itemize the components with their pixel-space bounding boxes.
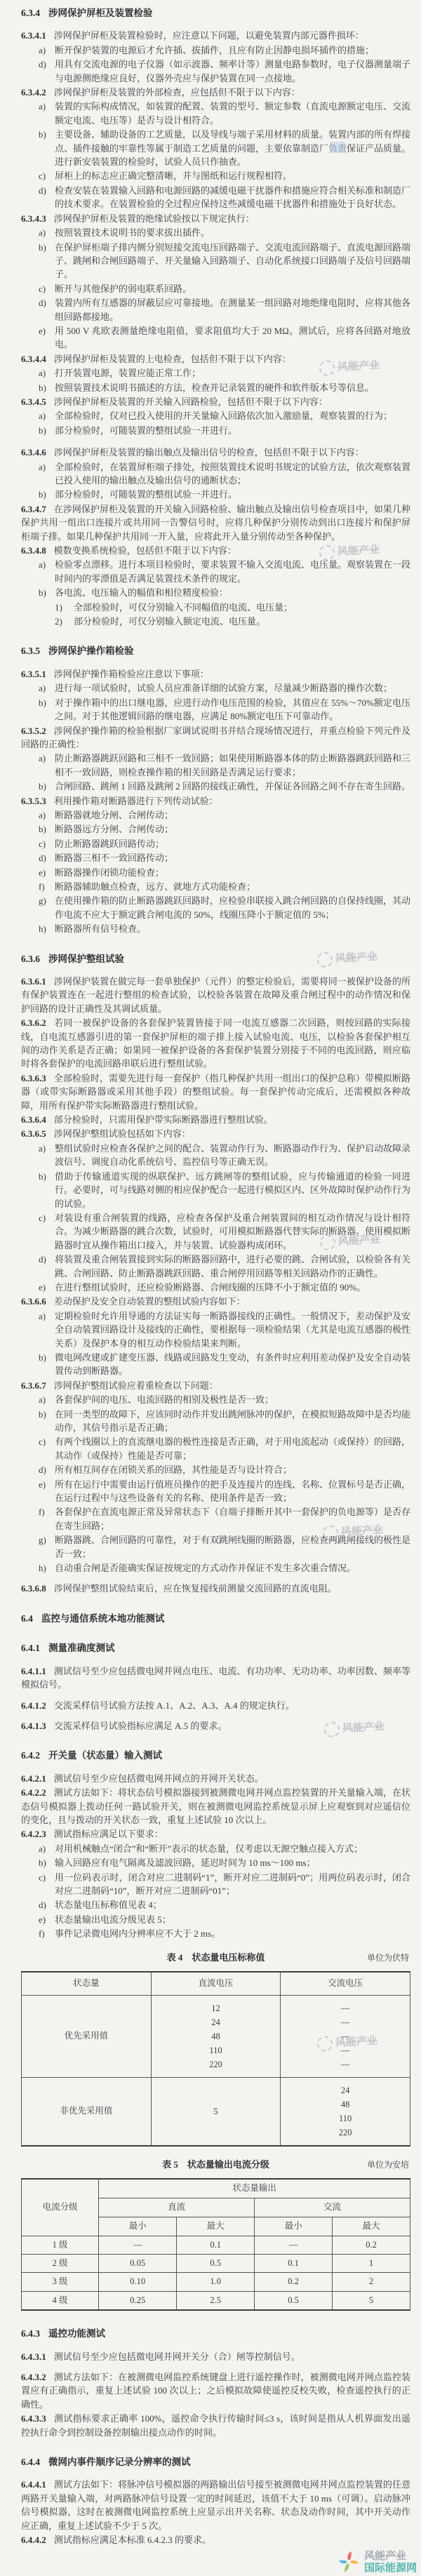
item-label: b) (39, 128, 46, 141)
table-cell: 5 (333, 2291, 410, 2310)
item-text: 装置的实际构成情况，如装置的配置、装置的型号、额定参数（直流电源额定电压、交流额… (55, 101, 410, 125)
clause-paragraph: 6.3.5.2涉网保护操作箱的检验根据厂家调试说明书并结合现场情况进行，并重点检… (21, 724, 410, 752)
table-cell: 4 级 (22, 2291, 99, 2310)
item-text: 断路器跳、合闸回路的可靠性，对于有双跳闸线圈的断路器，应检查两跳闸接线的极性是否… (55, 1535, 410, 1559)
item-label: d) (39, 296, 46, 309)
document-page: 6.3.4涉网保护屏柜及装置检验6.3.4.1涉网保护屏柜及装置检验时，应注意以… (0, 0, 421, 2576)
list-item: a)检验零点漂移。进行本项目检验时，要求装置不输入交流电流、电压量。观察装置在一… (21, 558, 410, 585)
section-title: 开关量（状态量）输入测试 (48, 1750, 162, 1761)
item-label: b) (39, 381, 46, 394)
table-cell: 1 级 (22, 2236, 99, 2254)
list-item: b)合闸回路、跳闸 1 回路及跳闸 2 回路的接线正确性，并保证各回路之间不存在… (21, 780, 410, 793)
clause-number: 6.3.6.6 (21, 1296, 46, 1307)
list-item: a)装置的实际构成情况，如装置的配置、装置的型号、额定参数（直流电源额定电压、交… (21, 100, 410, 127)
list-item: c)断开与其他保护的弱电联系回路。 (21, 282, 410, 295)
table-cell: — (99, 2236, 177, 2254)
clause-text: 测试信号至少应包括微电网并网点电压、电流、有功功率、无功功率、功率因数、频率等模… (21, 1666, 410, 1690)
item-text: 将装置及重合闸装置接到实际的断路器回路中，进行必要的跳、合闸试验，以检验各有关跳… (55, 1254, 410, 1278)
clause-text: 测试信号至少应包括微电网并网点的并网开关状态。 (54, 1773, 264, 1784)
clause-text: 部分检验时，只需用保护带实际断路器进行整组试验。 (54, 1114, 273, 1125)
clause-number: 6.3.6.5 (21, 1128, 46, 1139)
section-number: 6.3.5 (21, 646, 40, 656)
clause-paragraph: 6.3.4.3涉网保护屏柜及装置的绝缘试验按以下规定执行： (21, 212, 410, 225)
item-label: d) (39, 851, 46, 865)
clause-number: 6.4.3.1 (21, 2351, 46, 2362)
list-item: a)定期检验时允许用导通的方法证实每一断路器接线的正确性。一般情况下，差动保护及… (21, 1309, 410, 1350)
item-label: a) (39, 558, 46, 571)
table-row: 优先采用值122448110220————— (22, 1995, 410, 2077)
clause-text: 涉网保护整组试验应着重检查以下问题： (54, 1380, 218, 1391)
section-heading: 6.4.1测量准确度测试 (21, 1641, 410, 1655)
item-text: 部分检验时，可随装置的整组试验一并进行。 (55, 489, 237, 500)
clause-number: 6.3.6.3 (21, 1073, 46, 1083)
item-label: e) (39, 1281, 46, 1294)
table-cell: 优先采用值 (22, 1995, 152, 2077)
item-text: 在使用操作箱的防止断路器跳跃回路时，应检验串联接入跳合闸回路的自保持线圈，其动作… (55, 895, 410, 919)
item-text: 输入回路应有电气隔离及滤波回路，延迟时间为 10 ms～100 ms； (55, 1857, 316, 1868)
item-text: 事件记录微电网内分辨率应不大于 2 ms。 (55, 1928, 220, 1939)
clause-paragraph: 6.4.1.2交流采样信号试验方法按 A.1、A.2、A.3、A.4 的规定执行… (21, 1699, 410, 1712)
item-label: b) (39, 1856, 46, 1869)
item-label: 2) (55, 615, 62, 628)
item-label: e) (39, 324, 46, 338)
item-text: 部分检验时，可随装置的整组试验一并进行。 (55, 425, 237, 436)
item-text: 在保护屏柜端子排内侧分别短接交流电压回路端子、交流电流回路端子、直流电源回路端子… (55, 242, 410, 280)
clause-paragraph: 6.4.1.1测试信号至少应包括微电网并网点电压、电流、有功功率、无功功率、功率… (21, 1664, 410, 1692)
list-item: b)部分检验时，可随装置的整组试验一并进行。 (21, 488, 410, 501)
table-caption-line: 表 4 状态量电压标称值单位为伏特 (21, 1951, 410, 1965)
item-text: 检查安装在装置输入回路和电源回路的减缓电磁干扰器件和措施应符合相关标准和制造厂的… (55, 185, 410, 209)
list-item: a)整组试验时应检查各保护之间的配合、装置动作行为、断路器动作行为、保护启动故障… (21, 1142, 410, 1169)
item-label: d) (39, 1898, 46, 1911)
clause-text: 测试信号至少应包括微电网并网开关分（合）闸等控制信号。 (54, 2351, 300, 2362)
clause-number: 6.3.5.3 (21, 796, 46, 806)
item-label: a) (39, 409, 46, 422)
clause-paragraph: 6.4.1.3交流采样信号试验指标应满足 A.5 的要求。 (21, 1719, 410, 1733)
table-value: — (282, 2043, 408, 2057)
clause-number: 6.3.4.1 (21, 30, 46, 41)
item-text: 所有在运行中需要由运行值班员操作的把手及连接片的连线、名称、位置标号是否正确，在… (55, 1479, 410, 1503)
list-item: e)所有在运行中需要由运行值班员操作的把手及连接片的连线、名称、位置标号是否正确… (21, 1478, 410, 1505)
clause-paragraph: 6.3.6.5涉网保护整组试验包括如下内容： (21, 1127, 410, 1140)
list-item: b)输入回路应有电气隔离及滤波回路，延迟时间为 10 ms～100 ms； (21, 1856, 410, 1869)
table-cell: 2448110220 (281, 2077, 410, 2146)
item-text: 防止断路器跳跃回路和三相不一致回路；如果使用断路器本体的防止断路器跳跃回路和三相… (55, 753, 410, 777)
item-label: a) (39, 681, 46, 695)
status-current-table: 电流分级状态量输出直流交流最小最大最小最大1 级—0.1—0.22 级0.050… (21, 2178, 410, 2311)
list-item: a)进行每一项试验时，试验人员应准备详细的试验方案，尽量减少断路器的操作次数； (21, 681, 410, 695)
item-label: f) (39, 1505, 45, 1519)
clause-paragraph: 6.3.4.2涉网保护屏柜及装置的外部检查，应包括但不限于以下内容： (21, 86, 410, 99)
list-item: d)检查安装在装置输入回路和电源回路的减缓电磁干扰器件和措施应符合相关标准和制造… (21, 184, 410, 211)
table-cell: 2 级 (22, 2255, 99, 2273)
clause-number: 6.3.4.3 (21, 213, 46, 224)
item-text: 用 500 V 兆欧表测量绝缘电阻值，要求阻值均大于 20 MΩ。测试后，应将各… (55, 326, 410, 349)
watermark-site-name: 国际能源网 (364, 2562, 417, 2574)
column-header: 最小 (99, 2217, 177, 2236)
item-label: b) (39, 780, 46, 793)
item-label: a) (39, 1393, 46, 1406)
table-cell: 0.5 (255, 2291, 333, 2310)
clause-paragraph: 6.3.6.7涉网保护整组试验应着重检查以下问题： (21, 1379, 410, 1392)
clause-text: 测试指标应满足以下要求： (54, 1829, 163, 1839)
clause-number: 6.3.6.1 (21, 976, 46, 987)
table-value: 24 (153, 2015, 279, 2029)
list-item: e)在进行整组试验时，还应检验断路器、合闸线圈的压降不小于额定值的 90%。 (21, 1281, 410, 1294)
list-item: b)在同一类型的故障下，应该同时动作并发出跳闸脉冲的保护，在模拟短路故障中是否均… (21, 1408, 410, 1435)
table-4-block: 表 4 状态量电压标称值单位为伏特状态量直流电压交流电压优先采用值1224481… (21, 1951, 410, 2147)
table-cell: 1 (333, 2255, 410, 2273)
clause-text: 涉网保护装置在做完每一套单独保护（元件）的整定检验后，需要将同一被保护设备的所有… (21, 976, 410, 1014)
item-label: a) (39, 1142, 46, 1155)
item-label: c) (39, 1211, 46, 1224)
item-text: 打开装置电源，装置应能正常工作； (55, 368, 201, 378)
clause-paragraph: 6.3.4.8模数变换系统检验，包括但不限于以下内容： (21, 544, 410, 557)
item-label: d) (39, 58, 46, 71)
list-item: d)所有相互间存在闭锁关系的回路，其性能是否与设计符合； (21, 1463, 410, 1476)
clause-number: 6.4.1.2 (21, 1700, 46, 1711)
item-label: h) (39, 1561, 46, 1575)
list-item: d)状态量电压标称值见表 4； (21, 1898, 410, 1911)
list-item: 1)全部检验时，可仅分别输入不同幅值的电流、电压量； (21, 601, 410, 614)
column-header: 直流 (99, 2198, 255, 2217)
clause-number: 6.3.4.8 (21, 545, 46, 556)
clause-number: 6.4.2.1 (21, 1773, 46, 1784)
column-header: 最大 (177, 2217, 255, 2236)
item-label: g) (39, 894, 46, 907)
list-item: d)将装置及重合闸装置接到实际的断路器回路中，进行必要的跳、合闸试验，以检验各有… (21, 1253, 410, 1280)
table-row: 3 级0.101.00.22 (22, 2273, 410, 2291)
clause-number: 6.3.4.2 (21, 87, 46, 98)
item-label: 1) (55, 601, 62, 614)
section-heading: 6.3.5涉网保护操作箱检验 (21, 644, 410, 658)
list-item: 2)部分检验时，可仅分别输入额定电流、电压量。 (21, 615, 410, 628)
clause-number: 6.3.4.4 (21, 354, 46, 364)
status-voltage-table: 状态量直流电压交流电压优先采用值122448110220—————非优先采用值5… (21, 1971, 410, 2147)
item-text: 在进行整组试验时，还应检验断路器、合闸线圈的压降不小于额定值的 90%。 (55, 1282, 366, 1293)
item-text: 全部检验时，在装置屏柜端子排处，按照装置技术说明书规定的试验方法，依次观察装置已… (55, 462, 410, 486)
item-label: c) (39, 169, 46, 182)
item-label: a) (39, 1309, 46, 1323)
table-5-block: 表 5 状态量输出电流分级单位为安培电流分级状态量输出直流交流最小最大最小最大1… (21, 2158, 410, 2311)
item-label: c) (39, 282, 46, 295)
clause-paragraph: 6.4.3.1测试信号至少应包括微电网并网开关分（合）闸等控制信号。 (21, 2350, 410, 2363)
table-cell: 5 (151, 2077, 281, 2146)
clause-text: 涉网保护操作箱的检验根据厂家调试说明书并结合现场情况进行，并重点检验下列元件及回… (21, 726, 410, 749)
table-value: 48 (153, 2029, 279, 2043)
clause-paragraph: 6.3.6.3全部检验时，需要先进行每一套保护（指几种保护共用一组出口的保护总称… (21, 1072, 410, 1112)
table-cell: 2.5 (177, 2291, 255, 2310)
item-text: 状态量输出电流分级见表 5； (55, 1914, 171, 1925)
column-header: 电流分级 (22, 2179, 99, 2236)
list-item: a)全部检验时，在装置屏柜端子排处，按照装置技术说明书规定的试验方法，依次观察装… (21, 460, 410, 488)
item-text: 全部检验时，可仅分别输入不同幅值的电流、电压量； (74, 602, 293, 613)
item-text: 定期检验时允许用导通的方法证实每一断路器接线的正确性。一般情况下，差动保护及安全… (55, 1311, 410, 1349)
pinwheel-icon (336, 2549, 361, 2575)
item-label: c) (39, 837, 46, 850)
clause-text: 测试指标要求正确率 100%，遥控命令执行传输时间≤3 s，该时间是指从人机界面… (21, 2413, 410, 2437)
section-title: 测量准确度测试 (48, 1643, 115, 1653)
clause-number: 6.3.6.2 (21, 1017, 46, 1028)
list-item: d)用具有交流电源的电子仪器（如示波器、频率计等）测量电路参数时，电子仪器测量端… (21, 58, 410, 85)
section-title: 涉网保护整组试验 (48, 954, 124, 964)
clause-paragraph: 6.4.4.1测试方法如下：将脉冲信号模拟器的两路输出信号接至被测微电网并网点监… (21, 2478, 410, 2532)
item-label: e) (39, 1478, 46, 1491)
item-label: a) (39, 752, 46, 765)
item-text: 进行每一项试验时，试验人员应准备详细的试验方案，尽量减少断路器的操作次数； (55, 683, 392, 693)
list-item: c)用一位码表示时，闭合对应二进制码“1”，断开对应二进制码“0”；用两位码表示… (21, 1871, 410, 1898)
list-item: c)对装设有重合闸装置的线路，应检查各保护及重合闸装置间的相互动作情况与设计相符… (21, 1211, 410, 1252)
clause-paragraph: 6.3.4.5涉网保护屏柜及装置的开关输入回路检验，包括但不限于以下内容： (21, 395, 410, 408)
item-label: b) (39, 1170, 46, 1183)
table-value: — (282, 2015, 408, 2029)
item-text: 断路器三相不一致回路传动； (55, 853, 173, 863)
table-unit-label: 单位为伏特 (367, 1951, 409, 1965)
clause-text: 测试指标应满足本标准 6.4.2.3 的要求。 (54, 2535, 211, 2545)
table-row: 非优先采用值52448110220 (22, 2077, 410, 2146)
column-header: 最小 (255, 2217, 333, 2236)
item-label: h) (39, 922, 46, 935)
clause-paragraph: 6.4.2.2测试方法如下：将状态信号模拟器接到被测微电网并网点监控装置的开关量… (21, 1786, 410, 1827)
clause-text: 在涉网保护屏柜及装置的开关输入回路检验、输出触点及输出信号检查项目中，如果几种保… (21, 504, 410, 542)
table-cell: 0.1 (177, 2236, 255, 2254)
list-item: a)按照装置技术说明书的要求拔出插件。 (21, 226, 410, 239)
clause-text: 交流采样信号试验方法按 A.1、A.2、A.3、A.4 的规定执行。 (54, 1700, 295, 1711)
section-heading: 6.4.2开关量（状态量）输入测试 (21, 1749, 410, 1762)
item-label: a) (39, 44, 46, 57)
clause-text: 测试方法如下：将脉冲信号模拟器的两路输出信号接至被测微电网并网点监控装置的任意两… (21, 2479, 410, 2530)
clause-number: 6.3.6.4 (21, 1114, 46, 1125)
clause-number: 6.3.6.8 (21, 1583, 46, 1594)
column-header: 交流电压 (281, 1972, 410, 1996)
item-text: 用一位码表示时，闭合对应二进制码“1”，断开对应二进制码“0”；用两位码表示时，… (55, 1872, 410, 1896)
table-value: 110 (153, 2043, 279, 2057)
item-label: e) (39, 1913, 46, 1926)
table-value: 12 (153, 2001, 279, 2015)
list-item: b)按照装置技术说明书描述的方法，检查并记录装置的硬件和软件版本号等信息。 (21, 381, 410, 394)
list-item: c)防止断路器跳跃回路传动； (21, 837, 410, 850)
table-cell: 0.25 (99, 2291, 177, 2310)
table-row: 4 级0.252.50.55 (22, 2291, 410, 2310)
clause-paragraph: 6.4.3.2测试方法如下：在被测微电网监控系统键盘上进行遥控操作时，被测微电网… (21, 2370, 410, 2411)
table-cell: — (255, 2236, 333, 2254)
item-text: 用具有交流电源的电子仪器（如示波器、频率计等）测量电路参数时，电子仪器测量端子与… (55, 59, 410, 83)
table-value: — (282, 2001, 408, 2015)
clause-paragraph: 6.3.5.1涉网保护操作箱检验应注意以下事项： (21, 667, 410, 681)
item-label: c) (39, 1871, 46, 1884)
clause-number: 6.4.3.3 (21, 2413, 46, 2424)
item-text: 状态量电压标称值见表 4； (55, 1900, 162, 1910)
table-caption: 表 5 状态量输出电流分级 (162, 2159, 269, 2170)
clause-number: 6.4.2.2 (21, 1787, 46, 1798)
item-label: b) (39, 1351, 46, 1364)
table-cell: 1.0 (177, 2273, 255, 2291)
clause-paragraph: 6.4.3.3测试指标要求正确率 100%，遥控命令执行传输时间≤3 s，该时间… (21, 2412, 410, 2439)
section-number: 6.4 (21, 1613, 33, 1624)
item-label: b) (39, 1408, 46, 1421)
table-cell: 0.05 (99, 2255, 177, 2273)
item-label: a) (39, 808, 46, 822)
section-title: 遥控功能测试 (48, 2328, 105, 2339)
item-label: g) (39, 1533, 46, 1547)
clause-text: 全部检验时，需要先进行每一套保护（指几种保护共用一组出口的保护总称）带模拟断路器… (21, 1073, 410, 1111)
list-item: c)有两个线圈以上的直流继电器的极性连接是否正确，对于用电流起动（或保持）的回路… (21, 1435, 410, 1462)
clause-text: 利用操作箱对断路器进行下列传动试验： (54, 796, 218, 806)
section-heading: 6.4.4微网内事件顺序记录分辨率的测试 (21, 2455, 410, 2469)
item-text: 屏柜上的标志应正确完整清晰，并与图纸和运行规程相符。 (55, 171, 292, 181)
item-text: 按照装置技术说明书的要求拔出插件。 (55, 227, 210, 238)
section-heading: 6.3.4涉网保护屏柜及装置检验 (21, 6, 410, 20)
clause-paragraph: 6.3.4.7在涉网保护屏柜及装置的开关输入回路检验、输出触点及输出信号检查项目… (21, 502, 410, 543)
list-item: b)微电网改建或扩建变压器、线路或回路发生变动，有条件时应利用差动保护及安全自动… (21, 1351, 410, 1378)
list-item: b)部分检验时，可随装置的整组试验一并进行。 (21, 424, 410, 437)
table-value: — (282, 2057, 408, 2071)
list-item: d)断路器三相不一致回路传动； (21, 851, 410, 865)
item-text: 断路器就地分闸、合闸传动； (55, 810, 173, 820)
clause-text: 交流采样信号试验指标应满足 A.5 的要求。 (54, 1721, 227, 1731)
clause-paragraph: 6.3.6.8涉网保护整组试验结束后，应在恢复接线前测量交流回路的直流电阻。 (21, 1582, 410, 1595)
item-text: 防止断路器跳跃回路传动； (55, 839, 164, 849)
table-value: 5 (153, 2104, 279, 2118)
item-text: 有两个线圈以上的直流继电器的极性连接是否正确，对于用电流起动（或保持）的回路，其… (55, 1436, 410, 1460)
clause-paragraph: 6.4.2.1测试信号至少应包括微电网并网点的并网开关状态。 (21, 1772, 410, 1785)
item-text: 整组试验时应检查各保护之间的配合、装置动作行为、断路器动作行为、保护启动故障录波… (55, 1143, 410, 1167)
item-label: f) (39, 880, 45, 893)
table-cell: 0.5 (177, 2255, 255, 2273)
section-number: 6.3.6 (21, 954, 40, 964)
list-item: g)断路器跳、合闸回路的可靠性，对于有双跳闸线圈的断路器，应检查两跳闸接线的极性… (21, 1533, 410, 1561)
clause-number: 6.4.1.1 (21, 1666, 46, 1676)
column-header: 状态量 (22, 1972, 152, 1996)
item-label: a) (39, 366, 46, 380)
clause-number: 6.3.5.2 (21, 726, 46, 736)
table-cell: 0.2 (255, 2273, 333, 2291)
clause-text: 涉网保护操作箱检验应注意以下事项： (54, 669, 209, 679)
item-text: 断路器操作闭锁功能检查； (55, 867, 164, 878)
clause-text: 涉网保护整组试验包括如下内容： (54, 1128, 191, 1139)
clause-text: 涉网保护整组试验结束后，应在恢复接线前测量交流回路的直流电阻。 (54, 1583, 337, 1594)
item-text: 检验零点漂移。进行本项目检验时，要求装置不输入交流电流、电压量。观察装置在一段时… (55, 559, 410, 583)
clause-number: 6.3.6.7 (21, 1380, 46, 1391)
section-number: 6.4.3 (21, 2328, 40, 2339)
list-item: a)断路器就地分闸、合闸传动； (21, 808, 410, 822)
column-header: 直流电压 (151, 1972, 281, 1996)
item-label: e) (39, 866, 46, 879)
list-item: a)断开保护装置的电源后才允许插、拔插件，且应有防止因静电损坏插件的措施； (21, 44, 410, 57)
table-value: 220 (282, 2125, 408, 2140)
list-item: e)断路器操作闭锁功能检查； (21, 866, 410, 879)
clause-paragraph: 6.3.5.3利用操作箱对断路器进行下列传动试验： (21, 794, 410, 808)
section-heading: 6.4监控与通信系统本地功能测试 (21, 1612, 410, 1625)
item-label: b) (39, 424, 46, 437)
item-label: b) (39, 241, 46, 254)
doc-content: 6.3.4涉网保护屏柜及装置检验6.3.4.1涉网保护屏柜及装置检验时，应注意以… (21, 6, 410, 2547)
table-value: 48 (282, 2097, 408, 2111)
list-item: e)状态量输出电流分级见表 5； (21, 1913, 410, 1926)
item-label: a) (39, 460, 46, 474)
item-text: 断路器远方分闸、合闸传动； (55, 824, 173, 834)
table-row: 2 级0.050.50.11 (22, 2255, 410, 2273)
list-item: h)自动重合闸是否能确实保证按规定的方式动作并保证不发生多次重合情况。 (21, 1561, 410, 1575)
list-item: a)对用机械触点“闭合”和“断开”表示的状态量，仅考虑以无源空触点接入方式； (21, 1842, 410, 1855)
table-value: 220 (153, 2057, 279, 2071)
column-header: 最大 (333, 2217, 410, 2236)
table-row: 1 级—0.1—0.2 (22, 2236, 410, 2254)
table-unit-label: 单位为安培 (367, 2158, 409, 2172)
item-label: d) (39, 1253, 46, 1266)
clause-text: 测试方法如下：在被测微电网监控系统键盘上进行遥控操作时，被测微电网并网点监控装置… (21, 2372, 410, 2410)
list-item: e)用 500 V 兆欧表测量绝缘电阻值，要求阻值均大于 20 MΩ。测试后，应… (21, 324, 410, 352)
item-text: 断开与其他保护的弱电联系回路。 (55, 283, 192, 294)
column-header: 交流 (255, 2198, 410, 2217)
clause-paragraph: 6.3.6.4部分检验时，只需用保护带实际断路器进行整组试验。 (21, 1113, 410, 1126)
list-item: a)打开装置电源，装置应能正常工作； (21, 366, 410, 380)
list-item: b)断路器远方分闸、合闸传动； (21, 822, 410, 836)
item-text: 在同一类型的故障下，应该同时动作并发出跳闸脉冲的保护，在模拟短路故障中是否均能动… (55, 1409, 410, 1433)
list-item: b)借助于传输通道实现的纵联保护、远方跳闸等的整组试验，应与传输通道的检验一同进… (21, 1170, 410, 1210)
item-text: 断路器所有信号检查。 (55, 923, 146, 934)
table-cell: 非优先采用值 (22, 2077, 152, 2146)
item-text: 断开保护装置的电源后才允许插、拔插件，且应有防止因静电损坏插件的措施； (55, 45, 374, 55)
clause-number: 6.4.4.2 (21, 2535, 46, 2545)
item-label: a) (39, 226, 46, 239)
item-label: d) (39, 184, 46, 197)
list-item: a)全部检验时，仅对已投入使用的开关量输入回路依次加入激励量，观察装置的行为； (21, 409, 410, 422)
section-heading: 6.3.6涉网保护整组试验 (21, 952, 410, 966)
column-header: 状态量输出 (99, 2179, 410, 2198)
section-heading: 6.4.3遥控功能测试 (21, 2327, 410, 2340)
item-label: b) (39, 488, 46, 501)
item-label: f) (39, 1927, 45, 1940)
section-title: 涉网保护屏柜及装置检验 (48, 8, 153, 18)
table-caption: 表 4 状态量电压标称值 (167, 1952, 265, 1963)
clause-text: 差动保护及安全自动装置的整组试验内容如下： (54, 1296, 246, 1307)
item-text: 全部检验时，仅对已投入使用的开关量输入回路依次加入激励量，观察装置的行为； (55, 411, 392, 421)
list-item: f)断路器辅助触点检查，远方、就地方式功能检查； (21, 880, 410, 893)
table-cell: 0.1 (255, 2255, 333, 2273)
item-text: 对用机械触点“闭合”和“断开”表示的状态量，仅考虑以无源空触点接入方式； (55, 1843, 363, 1854)
watermark-wind-industry: 风能产业 (364, 2550, 417, 2562)
clause-text: 测试方法如下：将状态信号模拟器接到被测微电网并网点监控装置的开关量输入端，在状态… (21, 1787, 410, 1825)
clause-number: 6.3.4.5 (21, 396, 46, 407)
item-text: 对装设有重合闸装置的线路，应检查各保护及重合闸装置间的相互动作情况与设计相符合。… (55, 1213, 410, 1250)
section-title: 微网内事件顺序记录分辨率的测试 (48, 2457, 191, 2467)
item-text: 自动重合闸是否能确实保证按规定的方式动作并保证不发生多次重合情况。 (55, 1563, 356, 1573)
item-text: 各套保护间的电压、电流回路的相别及极性是否一致； (55, 1394, 274, 1405)
clause-text: 若同一被保护设备的各套保护装置皆接于同一电流互感器二次回路，则按回路的实际接线，… (21, 1017, 410, 1069)
clause-paragraph: 6.3.4.4涉网保护屏柜及装置的上电检查，包括但不限于以下内容： (21, 352, 410, 366)
section-title: 涉网保护操作箱检验 (48, 646, 134, 656)
item-label: a) (39, 1842, 46, 1855)
item-label: c) (39, 1435, 46, 1448)
item-label: b) (39, 822, 46, 836)
table-value: 24 (282, 2083, 408, 2097)
clause-number: 6.3.5.1 (21, 669, 46, 679)
item-text: 断路器辅助触点检查，远方、就地方式功能检查； (55, 881, 255, 892)
list-item: a)防止断路器跳跃回路和三相不一致回路；如果使用断路器本体的防止断路器跳跃回路和… (21, 752, 410, 779)
list-item: g)在使用操作箱的防止断路器跳跃回路时，应检验串联接入跳合闸回路的自保持线圈，其… (21, 894, 410, 921)
table-cell: 2 (333, 2273, 410, 2291)
clause-number: 6.4.1.3 (21, 1721, 46, 1731)
table-value: — (282, 2029, 408, 2043)
clause-text: 涉网保护屏柜及装置检验时，应注意以下问题，以避免装置内部元器件损坏： (54, 30, 364, 41)
clause-text: 模数变换系统检验，包括但不限于以下内容： (54, 545, 236, 556)
item-text: 对于操作箱中的出口继电器，应进行动作电压范围的检验，其值应在 55%～70%额定… (55, 698, 410, 721)
section-number: 6.4.1 (21, 1643, 40, 1653)
list-item: d)装置内所有互感器的屏蔽层应可靠接地。在测量某一组回路对地绝缘电阻时，应将其他… (21, 296, 410, 323)
clause-paragraph: 6.3.4.6涉网保护屏柜及装置的输出触点及输出信号的检查，包括但不限于以下内容… (21, 446, 410, 459)
section-title: 监控与通信系统本地功能测试 (41, 1613, 165, 1624)
